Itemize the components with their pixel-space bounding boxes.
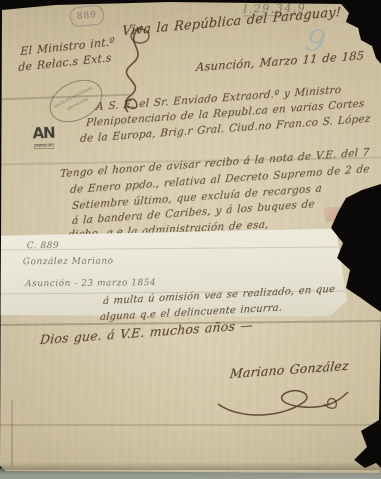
manuscript-letter-photo: 889 I.29,34,9 9 ARCHIVO NACIONAL ASUNCIÓ… <box>0 0 381 479</box>
archivist-slip: C. 889 González Mariano Asunción - 23 ma… <box>0 228 347 319</box>
signature-rubric <box>212 380 352 422</box>
monogram-letters: AN <box>26 126 62 141</box>
letter-paper: 889 I.29,34,9 9 ARCHIVO NACIONAL ASUNCIÓ… <box>0 0 381 479</box>
fold-crease <box>11 400 13 466</box>
torn-paper-edge <box>354 455 366 462</box>
paper-bottom-edge-shadow <box>0 462 381 470</box>
dateline: Asunción, Marzo 11 de 185 <box>196 48 365 74</box>
torn-paper-edge <box>356 27 368 36</box>
slip-reference-number: C. 889 <box>27 241 60 251</box>
slip-place-date: Asunción - 23 marzo 1854 <box>25 278 156 289</box>
signature: Mariano González <box>229 358 349 381</box>
inventory-number-stamp: 889 <box>69 4 105 27</box>
inventory-number: 889 <box>76 10 97 22</box>
fold-crease <box>0 424 381 426</box>
torn-paper-edge <box>342 260 353 268</box>
closing-salutation: Dios gue. á V.E. muchos años — <box>39 317 253 347</box>
torn-paper-edge <box>342 4 355 15</box>
archivo-nacional-monogram: AN PARAGUAY <box>26 126 62 150</box>
monogram-subtitle: PARAGUAY <box>34 143 54 148</box>
wax-stain <box>319 204 343 224</box>
slip-author-name: González Mariano <box>23 257 114 268</box>
